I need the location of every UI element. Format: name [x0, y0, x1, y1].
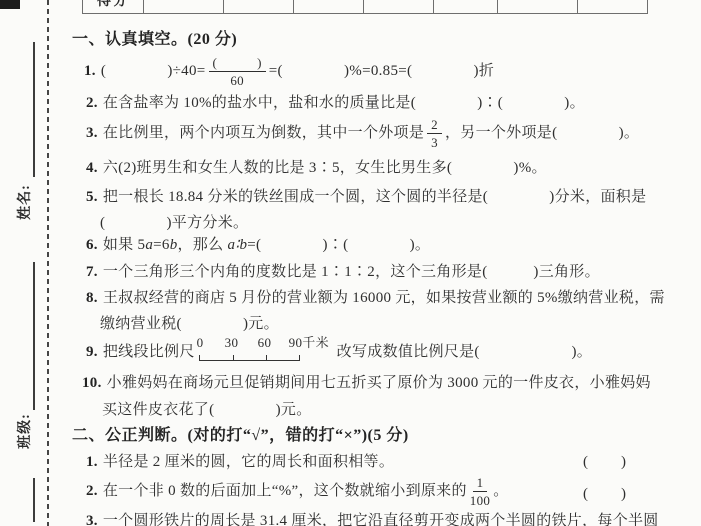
- fraction-denominator: 60: [230, 72, 244, 87]
- question-number: 6.: [86, 237, 98, 253]
- question-8-line2: 缴纳营业税( )元。: [100, 314, 279, 334]
- fraction: 23: [427, 118, 442, 149]
- question-number: 1.: [86, 454, 98, 470]
- score-table-cell: [498, 0, 578, 13]
- question-text: 一个圆形铁片的周长是 31.4 厘米，把它沿直径剪开变成两个半圆的铁片，每个半圆: [103, 513, 659, 526]
- class-label: 班级:: [14, 406, 34, 456]
- score-table: 得分: [82, 0, 648, 14]
- scale-tick-label: 30: [225, 336, 239, 349]
- fraction-denominator: 3: [431, 134, 438, 149]
- scale-bar: [199, 360, 300, 361]
- margin-rule-top: [33, 42, 35, 177]
- question-text: 在一个非 0 数的后面加上“%”，这个数就缩小到原来的: [103, 483, 467, 499]
- question-text: =( )∶( )。: [247, 237, 430, 253]
- section1-heading: 一、认真填空。(20 分): [72, 30, 237, 50]
- question-3: 3.在比例里，两个内项互为倒数，其中一个外项是23，另一个外项是( )。: [86, 118, 639, 149]
- margin-rule-bottom: [33, 478, 35, 522]
- score-table-cell: [434, 0, 498, 13]
- score-table-cell: [224, 0, 294, 13]
- question-text: ，那么: [178, 237, 228, 253]
- scale-tick: [199, 355, 200, 361]
- fraction-numerator: 1: [473, 476, 488, 492]
- question-text: 把一根长 18.84 分米的铁丝围成一个圆，这个圆的半径是( )分米，面积是: [103, 189, 647, 205]
- question-number: 2.: [86, 95, 98, 111]
- name-label: 姓名:: [14, 177, 34, 227]
- judge-question-2: 2.在一个非 0 数的后面加上“%”，这个数就缩小到原来的1100。: [86, 476, 509, 507]
- question-10-line2: 买这件皮衣花了( )元。: [102, 400, 312, 420]
- question-text: 。: [493, 483, 508, 499]
- question-number: 3.: [86, 513, 98, 526]
- question-9: 9.把线段比例尺 0 30 60 90千米 改写成数值比例尺是( )。: [86, 336, 592, 363]
- question-2: 2.在含盐率为 10%的盐水中，盐和水的质量比是( )∶( )。: [86, 93, 585, 113]
- judge-question-3: 3.一个圆形铁片的周长是 31.4 厘米，把它沿直径剪开变成两个半圆的铁片，每个…: [86, 511, 659, 526]
- question-text: 一个三角形三个内角的度数比是 1∶1∶2，这个三角形是( )三角形。: [103, 264, 600, 280]
- question-text: 在比例里，两个内项互为倒数，其中一个外项是: [103, 125, 424, 141]
- score-table-cell: [364, 0, 434, 13]
- scale-tick-label: 90千米: [289, 336, 329, 349]
- question-text: ，另一个外项是( )。: [445, 125, 639, 141]
- question-text: 小雅妈妈在商场元旦促销期间用七五折买了原价为 3000 元的一件皮衣，小雅妈妈: [107, 375, 651, 391]
- question-number: 9.: [86, 344, 98, 360]
- scan-smudge: [0, 0, 20, 9]
- judge-answer-blank: ( ): [583, 482, 627, 503]
- margin-rule-middle: [33, 262, 35, 410]
- question-1: 1.( )÷40=( )60=( )%=0.85=( )折: [84, 56, 494, 87]
- question-number: 7.: [86, 264, 98, 280]
- question-text: 半径是 2 厘米的圆，它的周长和面积相等。: [103, 454, 394, 470]
- scale-tick-label: 0: [197, 336, 204, 349]
- scale-tick: [299, 355, 300, 361]
- question-8-line1: 8.王叔叔经营的商店 5 月份的营业额为 16000 元，如果按营业额的 5%缴…: [86, 288, 665, 308]
- fraction-numerator: 2: [427, 118, 442, 134]
- question-number: 8.: [86, 290, 98, 306]
- exam-paper-page: 姓名: 班级: 得分 一、认真填空。(20 分) 1.( )÷40=( )60=…: [0, 0, 701, 526]
- variable-a: a: [145, 237, 153, 253]
- question-text: 如果 5: [103, 237, 145, 253]
- fraction: 1100: [470, 476, 490, 507]
- section2-heading: 二、公正判断。(对的打“√”，错的打“×”)(5 分): [72, 426, 409, 446]
- variable-ratio: a∶b: [227, 237, 247, 253]
- question-number: 2.: [86, 483, 98, 499]
- question-6: 6.如果 5a=6b，那么 a∶b=( )∶( )。: [86, 235, 430, 255]
- question-text: ( )平方分米。: [100, 215, 248, 231]
- fraction-numerator: ( ): [209, 56, 266, 72]
- judge-answer-blank: ( ): [583, 450, 627, 471]
- question-number: 10.: [82, 375, 102, 391]
- question-text: ( )÷40=: [101, 63, 206, 79]
- segment-scale-graphic: 0 30 60 90千米: [197, 336, 335, 363]
- score-table-cell: [294, 0, 364, 13]
- scale-tick: [233, 355, 234, 361]
- judge-question-1: 1.半径是 2 厘米的圆，它的周长和面积相等。: [86, 452, 394, 472]
- scale-tick: [266, 355, 267, 361]
- question-text: 王叔叔经营的商店 5 月份的营业额为 16000 元，如果按营业额的 5%缴纳营…: [103, 290, 665, 306]
- question-number: 4.: [86, 160, 98, 176]
- question-number: 5.: [86, 189, 98, 205]
- question-number: 1.: [84, 63, 96, 79]
- question-5-line1: 5.把一根长 18.84 分米的铁丝围成一个圆，这个圆的半径是( )分米，面积是: [86, 187, 646, 207]
- variable-b: b: [170, 237, 178, 253]
- fraction-denominator: 100: [470, 492, 490, 507]
- question-text: 把线段比例尺: [103, 344, 195, 360]
- question-5-line2: ( )平方分米。: [100, 213, 248, 233]
- score-table-header-cell: 得分: [83, 0, 144, 13]
- score-table-cell: [144, 0, 224, 13]
- question-10-line1: 10.小雅妈妈在商场元旦促销期间用七五折买了原价为 3000 元的一件皮衣，小雅…: [82, 373, 651, 393]
- question-number: 3.: [86, 125, 98, 141]
- question-text: 改写成数值比例尺是( )。: [337, 344, 592, 360]
- question-text: 缴纳营业税( )元。: [100, 316, 279, 332]
- question-text: 在含盐率为 10%的盐水中，盐和水的质量比是( )∶( )。: [103, 95, 585, 111]
- fraction: ( )60: [209, 56, 266, 87]
- fold-dashed-line: [47, 0, 49, 526]
- scale-tick-label: 60: [258, 336, 272, 349]
- question-4: 4.六(2)班男生和女生人数的比是 3∶5，女生比男生多( )%。: [86, 158, 547, 178]
- question-text: =( )%=0.85=( )折: [269, 63, 494, 79]
- question-text: 买这件皮衣花了( )元。: [102, 402, 312, 418]
- question-text: 六(2)班男生和女生人数的比是 3∶5，女生比男生多( )%。: [103, 160, 547, 176]
- score-table-cell: [578, 0, 647, 13]
- question-7: 7.一个三角形三个内角的度数比是 1∶1∶2，这个三角形是( )三角形。: [86, 262, 600, 282]
- question-text: =6: [153, 237, 170, 253]
